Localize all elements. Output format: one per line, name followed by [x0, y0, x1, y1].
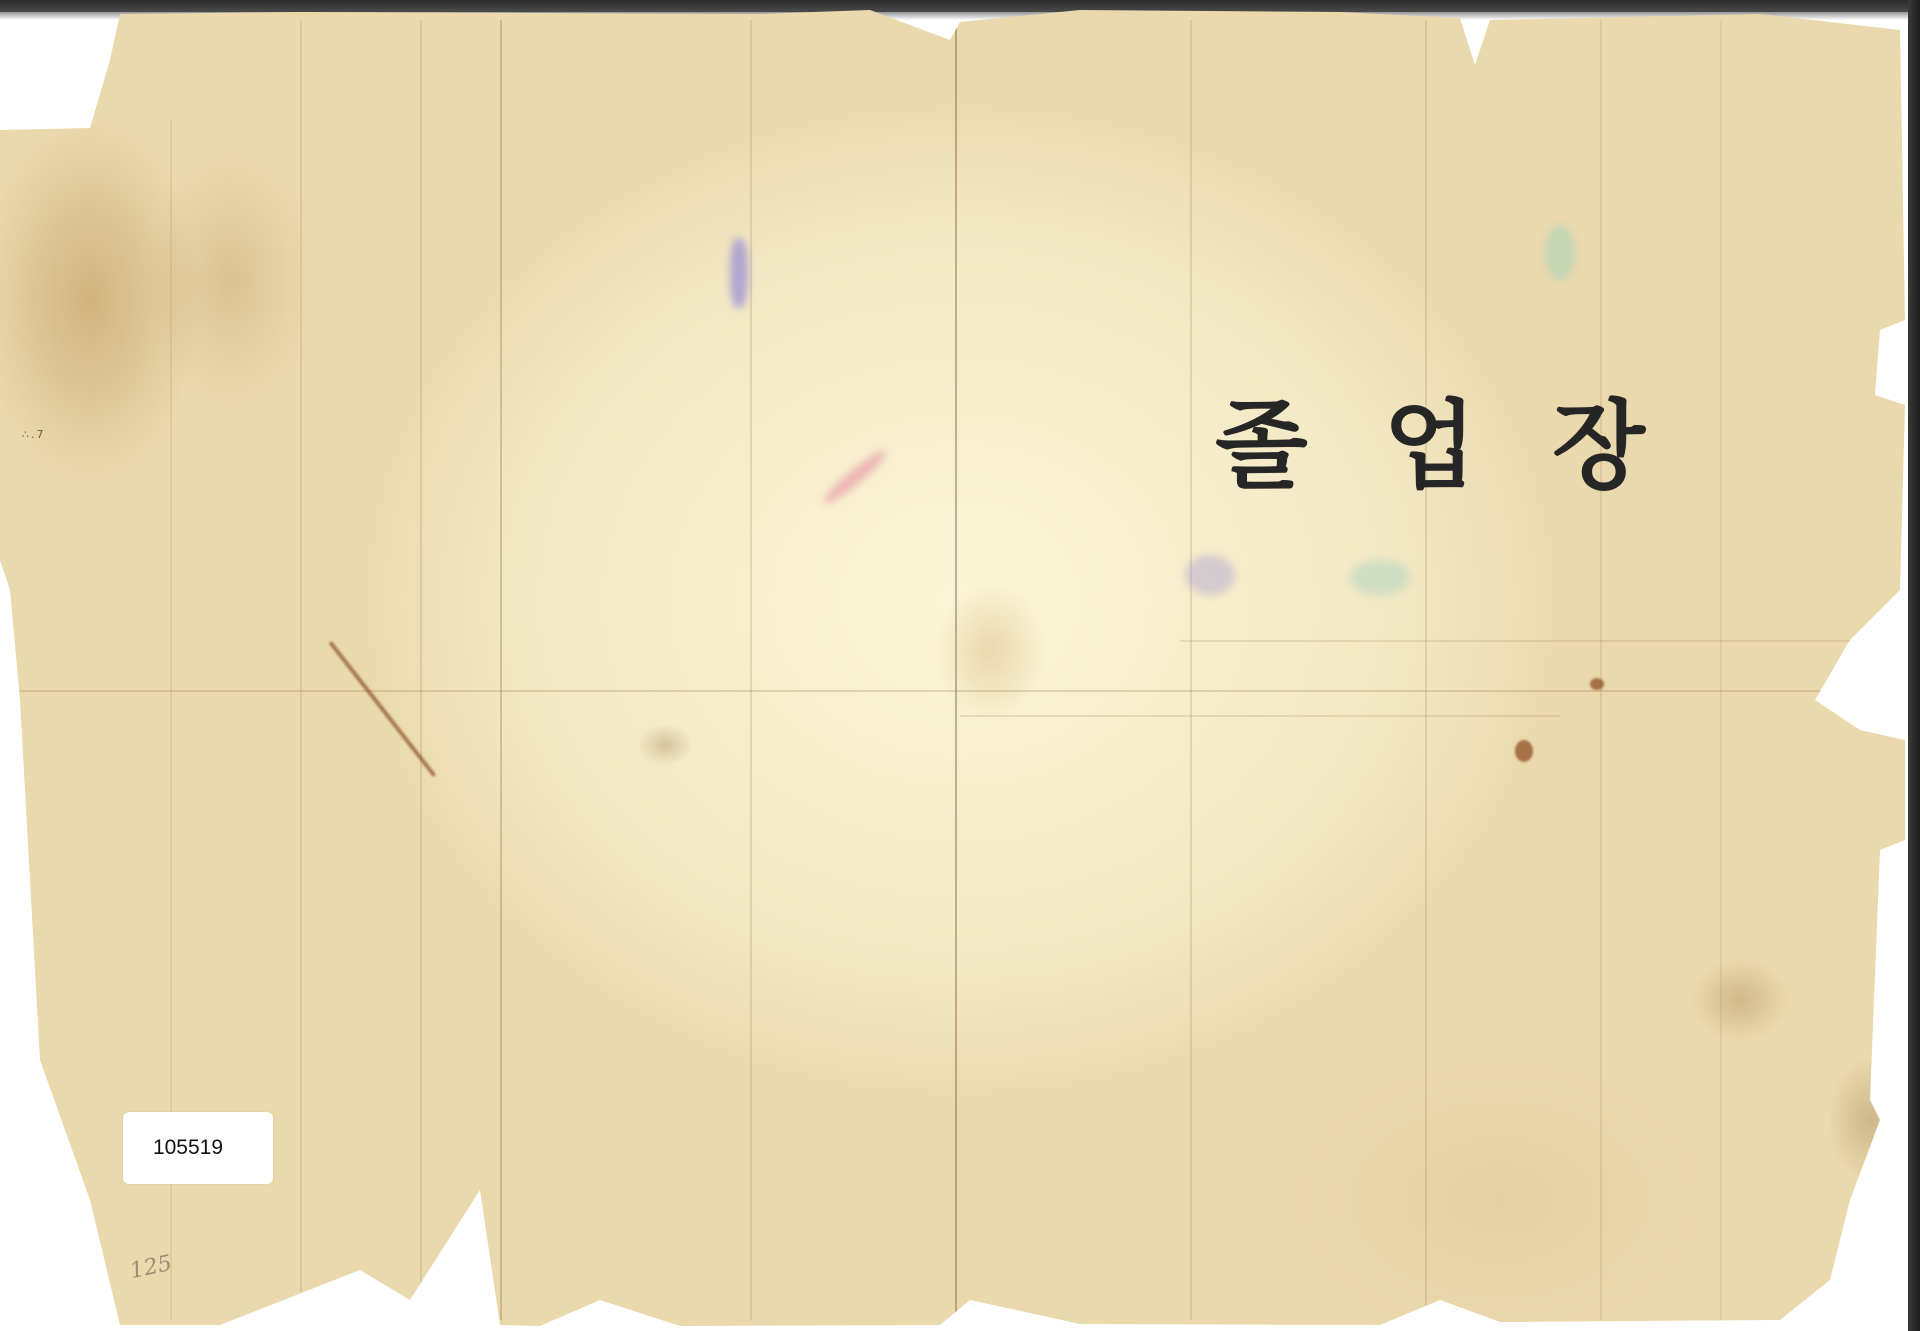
- fold-crease: [1180, 640, 1880, 642]
- fold-crease: [0, 690, 1900, 692]
- purple-ink-smudge: [1185, 555, 1235, 595]
- fold-crease: [1190, 20, 1192, 1320]
- margin-mark: ∴.7: [22, 428, 46, 441]
- title-char: 장: [1552, 398, 1645, 494]
- rust-spots: [1515, 740, 1533, 762]
- teal-ink-mark: [1545, 225, 1575, 280]
- title-char: 업: [1384, 398, 1477, 494]
- fold-crease: [960, 715, 1560, 717]
- scanner-right-edge: [1908, 0, 1920, 1331]
- fold-crease: [420, 20, 422, 1320]
- diploma-paper: 졸 업 장 ∴.7 125: [0, 0, 1920, 1331]
- purple-ink-mark: [730, 238, 748, 308]
- fold-crease: [955, 10, 957, 1330]
- title-char: 졸: [1215, 398, 1308, 494]
- pink-pencil-mark: [820, 446, 890, 508]
- scanner-top-edge: [0, 0, 1920, 12]
- rust-spots: [1590, 678, 1604, 690]
- scan-area: 졸 업 장 ∴.7 125 105519: [0, 0, 1920, 1331]
- teal-ink-smudge: [1350, 560, 1410, 595]
- fold-crease: [1425, 20, 1427, 1320]
- fold-crease: [300, 20, 302, 1320]
- fold-crease: [1720, 20, 1722, 1320]
- archive-number: 105519: [153, 1136, 223, 1160]
- fold-crease: [750, 20, 752, 1320]
- fold-crease: [500, 20, 502, 1320]
- fold-crease: [1600, 20, 1602, 1320]
- pencil-number: 125: [128, 1251, 174, 1284]
- archive-label: 105519: [123, 1112, 273, 1184]
- diploma-title: 졸 업 장: [1215, 398, 1645, 494]
